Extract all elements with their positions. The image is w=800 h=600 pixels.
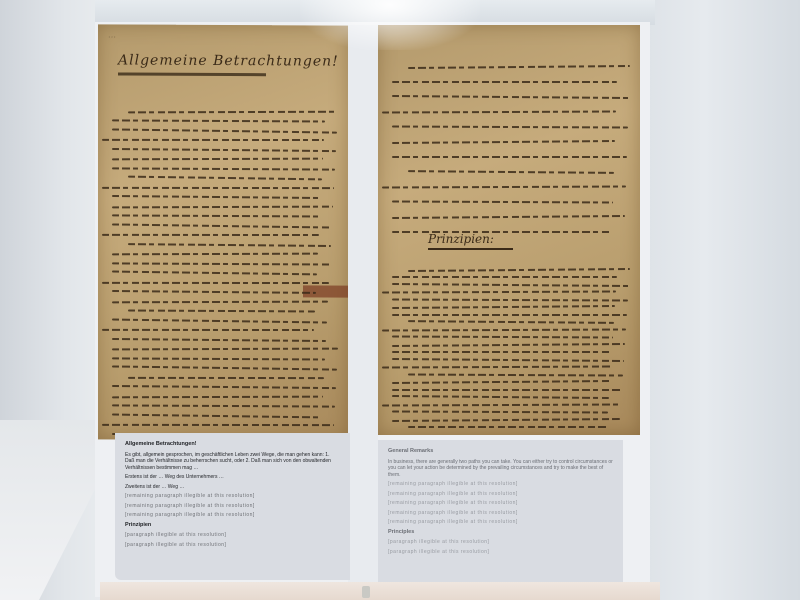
caption-paragraph: [remaining paragraph illegible at this r…	[388, 519, 613, 526]
handwriting-line	[382, 403, 621, 406]
handwriting-line	[112, 413, 322, 418]
page-header-faint: …	[108, 30, 328, 40]
caption-paragraph: [remaining paragraph illegible at this r…	[125, 503, 340, 510]
caption-paragraph: [remaining paragraph illegible at this r…	[125, 512, 340, 519]
caption-paragraph: [remaining paragraph illegible at this r…	[388, 481, 613, 488]
handwriting-line	[392, 95, 629, 99]
handwriting-line	[382, 366, 611, 369]
caption-heading: General Remarks	[388, 448, 613, 455]
handwriting-line	[112, 337, 326, 341]
caption-paragraph: Es gibt, allgemein gesprochen, im geschä…	[125, 452, 340, 472]
handwriting-line	[392, 351, 612, 353]
handwriting-line	[128, 110, 338, 113]
handwriting-line	[112, 348, 338, 351]
handwriting-line	[128, 310, 315, 313]
handwriting-line	[382, 110, 616, 113]
handwriting-line	[112, 195, 321, 199]
handwriting-line	[392, 380, 610, 384]
handwriting-line	[392, 215, 625, 219]
caption-subheading: Principles	[388, 529, 613, 536]
handwriting-line	[102, 424, 334, 426]
caption-paragraph: Erstens ist der … Weg des Unternehmers …	[125, 474, 340, 481]
handwriting-line	[392, 201, 613, 204]
caption-paragraph: [remaining paragraph illegible at this r…	[125, 493, 340, 500]
caption-paragraph: Zweitens ist der … Weg …	[125, 484, 340, 491]
handwriting-line	[112, 300, 328, 303]
handwriting-line	[112, 128, 337, 133]
caption-paragraph: [remaining paragraph illegible at this r…	[388, 491, 613, 498]
handwriting-line	[128, 243, 331, 247]
case-floor	[100, 582, 660, 600]
handwriting-line	[392, 298, 628, 301]
handwriting-line	[112, 365, 337, 370]
handwriting-line	[112, 290, 316, 294]
title-underline	[118, 72, 266, 76]
panel-divider	[348, 25, 378, 595]
page-subheading-handwritten: Prinzipien:	[428, 232, 494, 246]
caption-paragraph: [paragraph illegible at this resolution]	[125, 542, 340, 549]
handwriting-line	[408, 373, 623, 376]
page-title-handwritten: Allgemeine Betrachtungen!	[118, 52, 339, 69]
mounting-bolt	[362, 586, 370, 598]
handwriting-line	[128, 176, 322, 181]
handwriting-line	[392, 418, 620, 422]
handwriting-line	[112, 158, 323, 161]
handwriting-line	[112, 395, 323, 398]
caption-paragraph: [remaining paragraph illegible at this r…	[388, 500, 613, 507]
handwriting-line	[112, 214, 320, 217]
handwriting-line	[102, 139, 324, 141]
handwriting-line	[102, 186, 334, 188]
handwriting-line	[408, 320, 614, 324]
handwriting-line	[392, 276, 617, 278]
handwriting-line	[112, 404, 335, 407]
subheading-underline	[428, 248, 513, 250]
handwriting-line	[112, 271, 317, 276]
handwriting-line	[392, 140, 615, 144]
handwriting-line	[112, 385, 336, 389]
caption-paragraph: [paragraph illegible at this resolution]	[388, 539, 613, 546]
handwritten-page-right: Prinzipien:	[378, 25, 640, 435]
caption-paragraph: [remaining paragraph illegible at this r…	[388, 510, 613, 517]
handwriting-line	[392, 81, 617, 83]
handwriting-line	[392, 395, 609, 399]
caption-paragraph: [paragraph illegible at this resolution]	[388, 549, 613, 556]
handwriting-line	[392, 305, 615, 309]
handwriting-line	[112, 357, 325, 360]
handwriting-line	[392, 336, 613, 339]
handwriting-line	[128, 376, 324, 378]
handwriting-line	[382, 185, 626, 188]
handwriting-line	[392, 125, 628, 128]
handwriting-line	[408, 268, 630, 272]
handwriting-line	[102, 329, 314, 331]
handwriting-line	[392, 389, 622, 391]
case-wall-right	[640, 0, 800, 600]
handwriting-line	[112, 223, 332, 228]
handwritten-page-left: … Allgemeine Betrachtungen!	[98, 24, 348, 440]
handwriting-line	[112, 253, 318, 256]
handwriting-line	[382, 290, 616, 293]
caption-heading: Allgemeine Betrachtungen!	[125, 441, 340, 448]
handwriting-line	[102, 281, 329, 283]
handwriting-line	[408, 65, 630, 69]
caption-paragraph: [paragraph illegible at this resolution]	[125, 532, 340, 539]
handwriting-line	[392, 342, 625, 346]
caption-subheading: Prinzipien	[125, 522, 340, 529]
handwriting-line	[392, 357, 624, 361]
handwriting-line	[392, 314, 627, 316]
handwriting-line	[112, 167, 335, 170]
handwriting-line	[112, 262, 330, 265]
handwriting-line	[102, 234, 319, 236]
caption-board-english: General Remarks In business, there are g…	[378, 440, 623, 590]
handwriting-line	[408, 170, 614, 174]
caption-board-german: Allgemeine Betrachtungen! Es gibt, allge…	[115, 433, 350, 580]
handwriting-line	[112, 119, 325, 122]
ceiling-light-glare	[300, 0, 480, 50]
handwriting-line	[392, 282, 629, 286]
handwriting-line	[392, 156, 627, 158]
handwriting-block	[98, 102, 348, 440]
handwriting-line	[392, 231, 612, 233]
handwriting-line	[392, 411, 608, 414]
handwriting-line	[408, 426, 607, 428]
handwriting-line	[382, 328, 626, 331]
caption-paragraph: In business, there are generally two pat…	[388, 459, 613, 479]
handwriting-line	[112, 318, 327, 323]
handwriting-block-bottom	[378, 263, 640, 428]
handwriting-block-top	[378, 53, 640, 233]
handwriting-line	[112, 205, 333, 208]
handwriting-line	[112, 147, 336, 151]
